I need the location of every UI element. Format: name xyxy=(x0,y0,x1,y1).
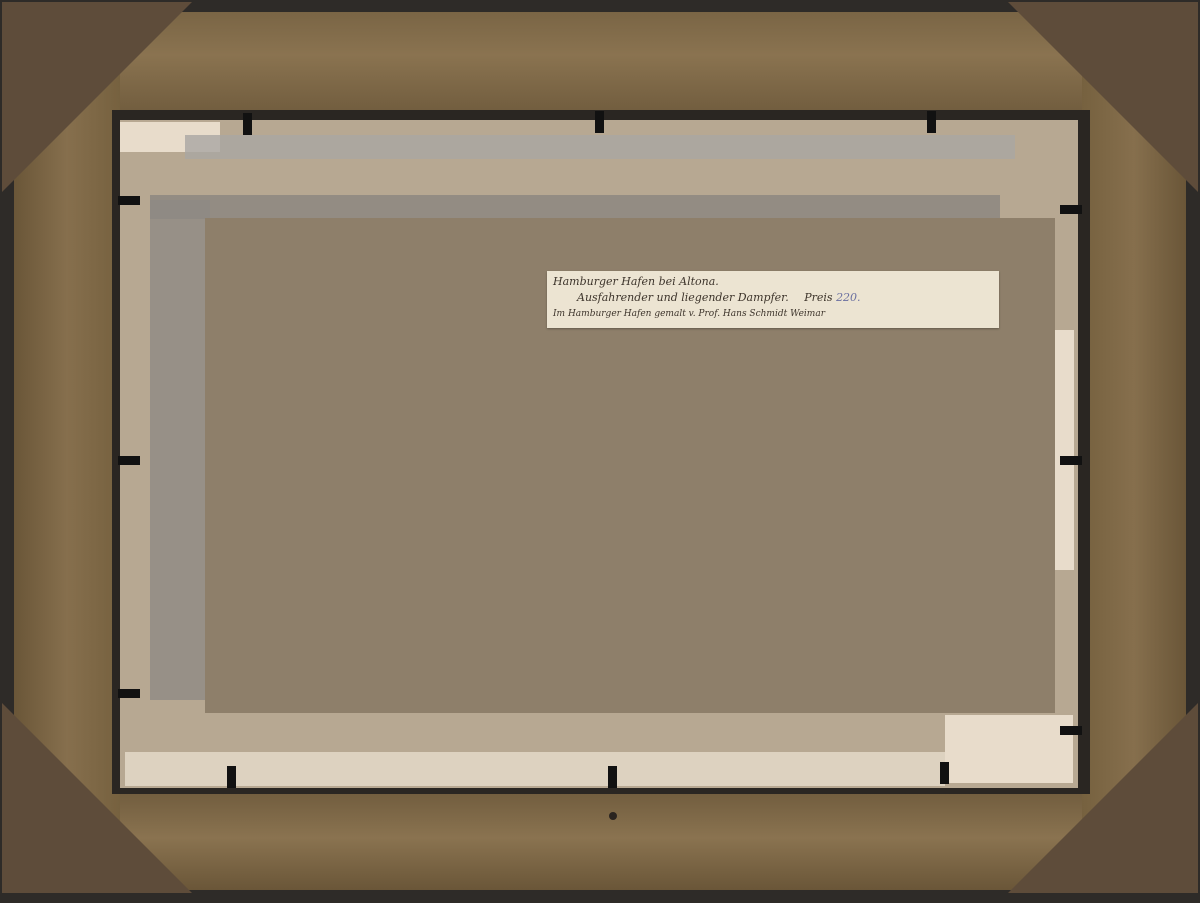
corner-brace-top-left xyxy=(2,2,192,192)
retaining-clip xyxy=(940,762,949,784)
retaining-clip xyxy=(118,689,140,698)
label-price: Preis 220. xyxy=(804,291,860,304)
retaining-clip xyxy=(118,456,140,465)
paper-border-bottom xyxy=(125,752,945,786)
label-attribution: Im Hamburger Hafen gemalt v. Prof. Hans … xyxy=(553,306,993,322)
retaining-clip xyxy=(927,111,936,133)
handwritten-label: Hamburger Hafen bei Altona. Ausfahrender… xyxy=(547,271,999,328)
retaining-clip xyxy=(1060,205,1082,214)
retaining-clip xyxy=(608,766,617,788)
picture-frame-back: Hamburger Hafen bei Altona. Ausfahrender… xyxy=(0,0,1200,903)
nail-hole xyxy=(609,812,617,820)
corner-brace-bottom-left xyxy=(2,703,192,893)
label-subtitle: Ausfahrender und liegender Dampfer. Prei… xyxy=(553,290,993,306)
tape-strip xyxy=(150,195,1000,219)
retaining-clip xyxy=(1060,456,1082,465)
retaining-clip xyxy=(227,766,236,788)
retaining-clip xyxy=(118,196,140,205)
label-title: Hamburger Hafen bei Altona. xyxy=(553,274,993,290)
retaining-clip xyxy=(243,113,252,135)
corner-brace-top-right xyxy=(1008,2,1198,192)
tape-strip xyxy=(185,135,1015,159)
corner-brace-bottom-right xyxy=(1008,703,1198,893)
retaining-clip xyxy=(595,111,604,133)
tape-strip xyxy=(150,200,210,700)
